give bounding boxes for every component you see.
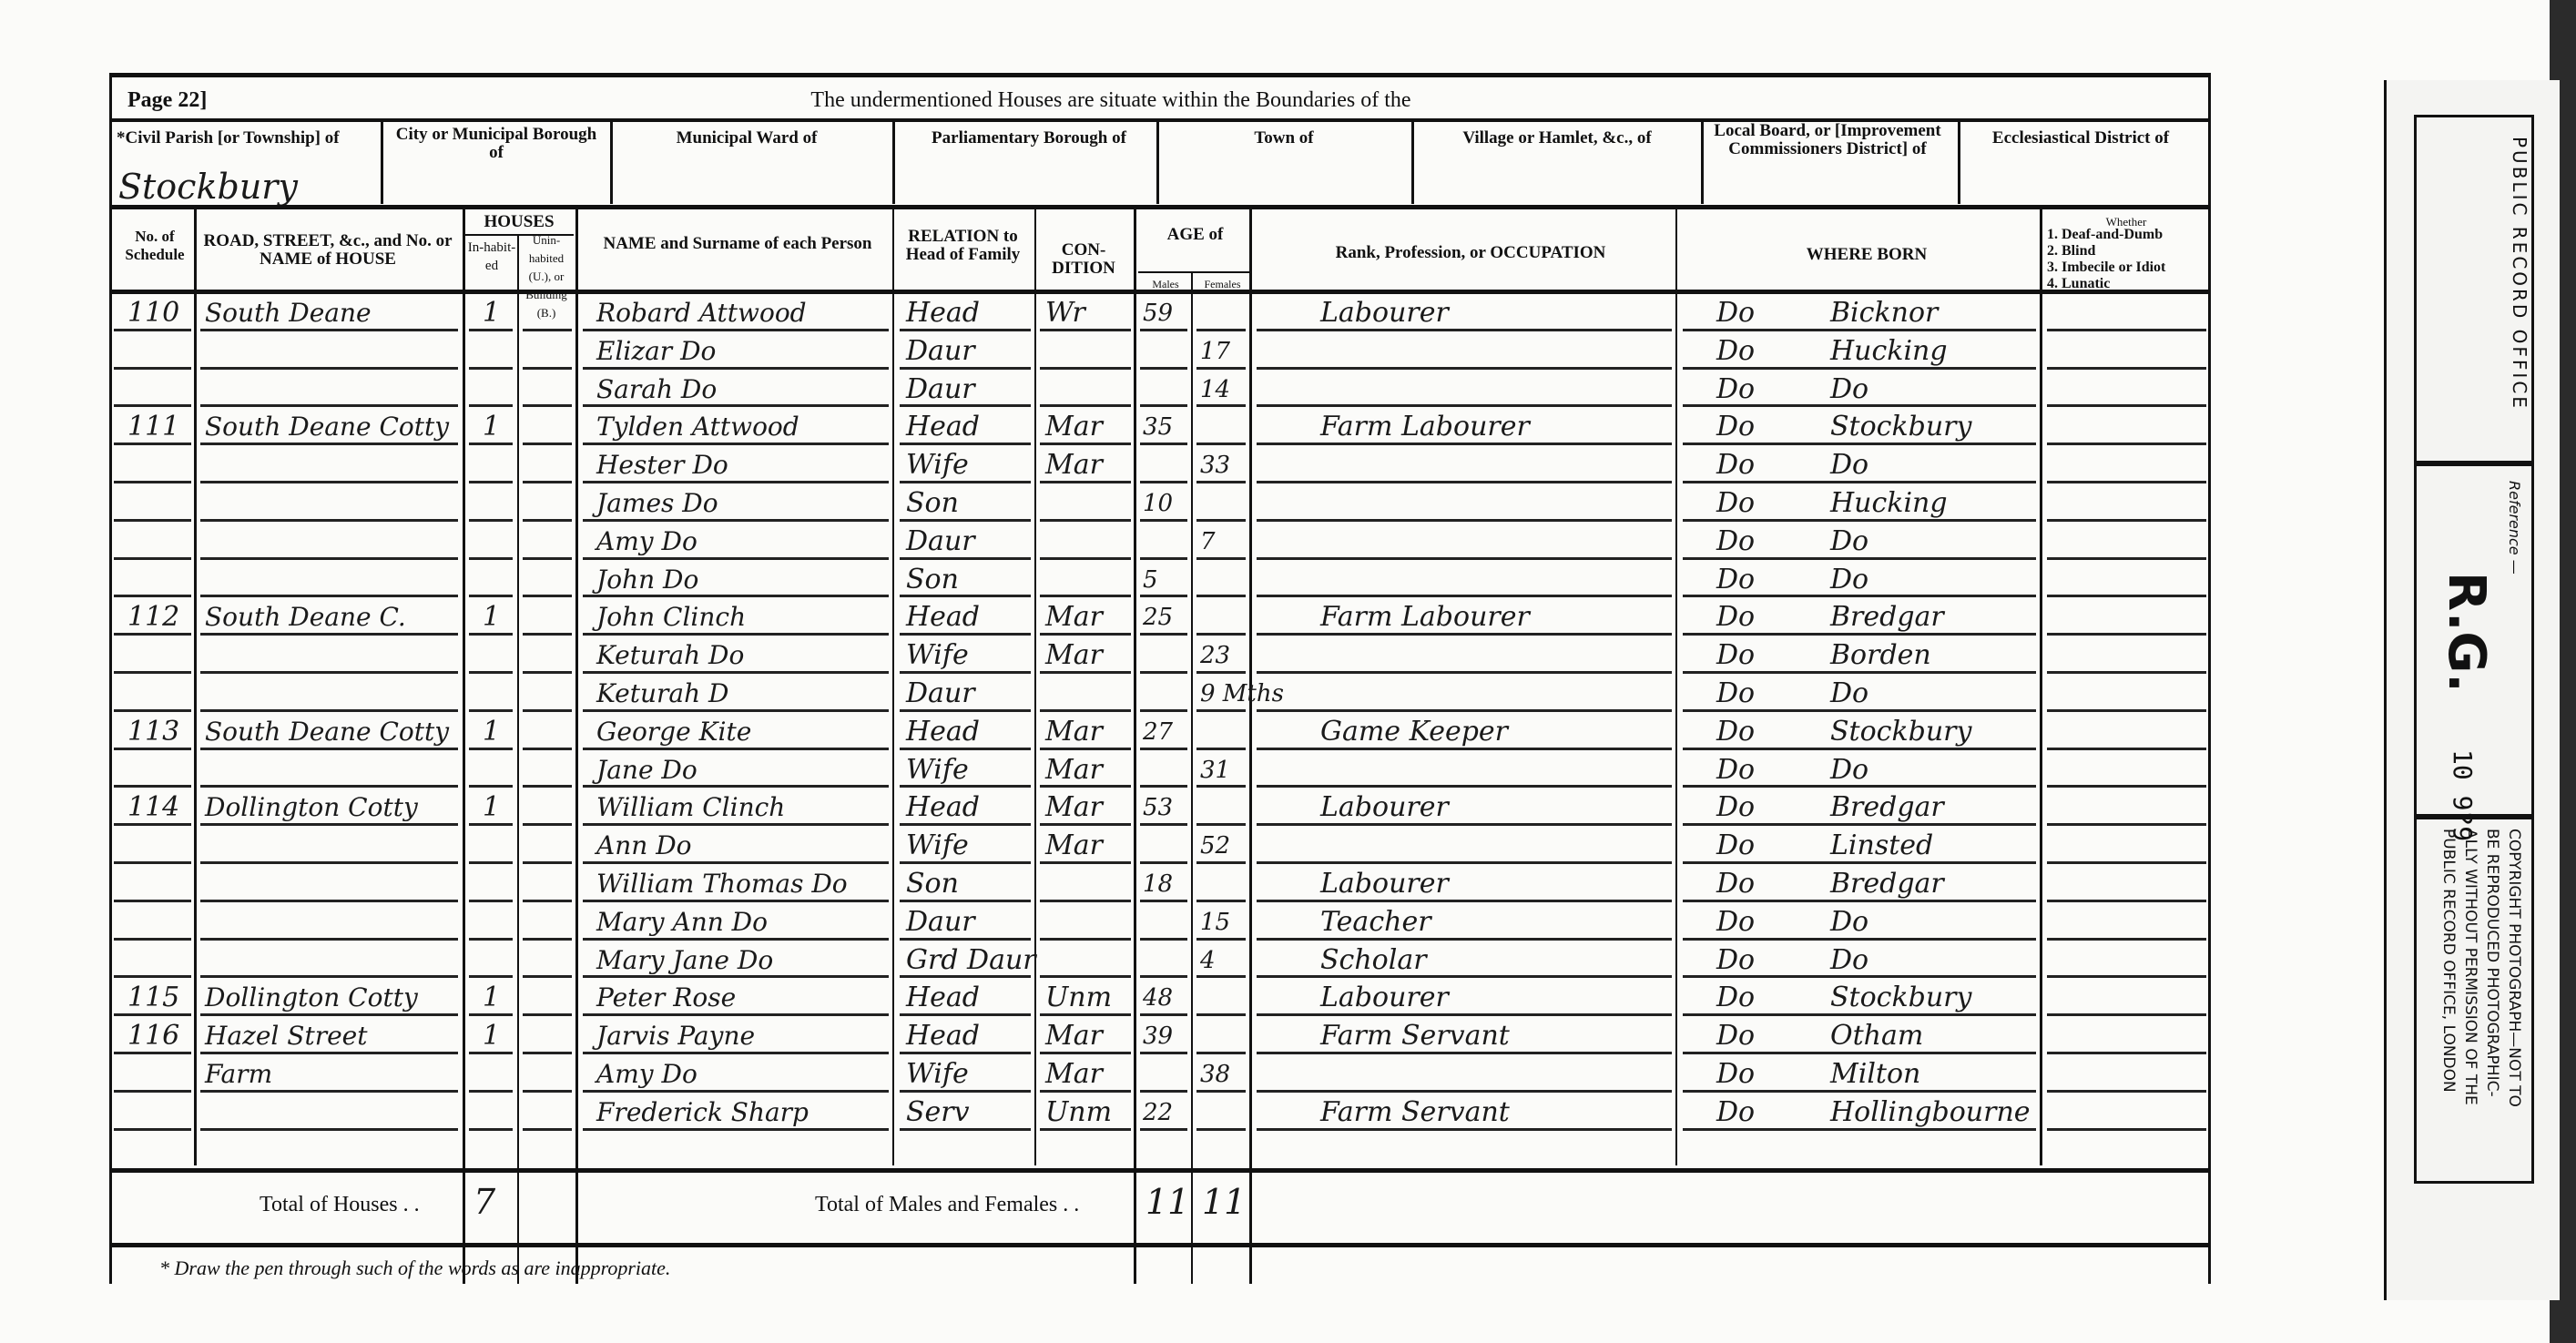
road-name: Dollington Cotty [205,794,418,821]
inhabited-count: 1 [483,300,500,327]
person-name: Amy Do [596,528,697,555]
born-county: Do [1716,338,1755,365]
col-infirmity-3: 3. Imbecile or Idiot [2047,259,2211,277]
row-rule [114,975,191,978]
person-name: Hester Do [596,452,728,479]
divider [892,122,895,204]
male-age: 25 [1143,604,1173,631]
col-condition: CON-DITION [1038,241,1129,278]
reference-label: Reference — [2506,481,2523,575]
row-rule [200,748,458,750]
row-rule [1196,975,1246,978]
born-place: Bredgar [1830,794,1944,821]
row-rule [1040,404,1131,407]
row-rule [200,367,458,370]
census-page: Page 22] The undermentioned Houses are s… [0,0,2550,1343]
copyright-line-3: ALLY WITHOUT PERMISSION OF THE [2461,829,2479,1105]
row-rule [900,1052,1031,1054]
row-rule [1040,595,1131,597]
row-rule [1140,1128,1187,1131]
inhabited-count: 1 [483,984,500,1012]
relation: Son [906,566,959,594]
divider [463,209,465,1284]
row-rule [583,861,889,864]
person-name: Keturah D [596,680,728,707]
archive-reference-strip: PUBLIC RECORD OFFICE Reference — R.G. 10… [2384,80,2560,1300]
row-rule [200,519,458,522]
row-rule [114,709,191,712]
row-rule [1196,633,1246,636]
row-rule [200,900,458,902]
divider [1156,122,1159,204]
row-rule [523,1128,572,1131]
boundary-civil-parish-value: Stockbury [118,173,298,200]
boundary-city-label: City or Municipal Borough of [392,126,601,162]
born-county: Do [1716,528,1755,555]
row-rule [114,671,191,674]
row-rule [1683,1090,2036,1093]
row-rule [1683,975,2036,978]
row-rule [114,900,191,902]
row-rule [469,861,513,864]
row-rule [2047,938,2206,941]
row-rule [1257,1013,1672,1016]
boundary-ecclesiastical-label: Ecclesiastical District of [1967,129,2194,148]
female-age: 4 [1200,947,1216,974]
female-age: 17 [1200,338,1230,365]
born-county: Do [1716,413,1755,441]
row-rule [900,1090,1031,1093]
occupation: Teacher [1320,909,1431,936]
row-rule [900,557,1031,560]
row-rule [1140,329,1187,331]
row-rule [469,404,513,407]
relation: Wife [906,832,969,860]
born-county: Do [1716,452,1755,479]
row-rule [583,443,889,445]
relation: Son [906,870,959,898]
condition: Mar [1045,604,1103,631]
divider [109,290,2208,294]
row-rule [1257,861,1672,864]
row-rule [523,785,572,788]
row-rule [523,519,572,522]
row-rule [1140,823,1187,826]
condition: Mar [1045,718,1103,746]
row-rule [114,404,191,407]
row-rule [1683,367,2036,370]
born-county: Do [1716,718,1755,746]
born-county: Do [1716,1061,1755,1088]
inhabited-count: 1 [483,604,500,631]
row-rule [1257,823,1672,826]
occupation: Labourer [1320,300,1449,327]
row-rule [1140,1052,1187,1054]
row-rule [200,1128,458,1131]
female-age: 33 [1200,452,1230,479]
row-rule [583,1052,889,1054]
boundary-local-board-label: Local Board, or [Improvement Commissione… [1705,122,1950,158]
born-place: Stockbury [1830,718,1971,746]
pro-header: PUBLIC RECORD OFFICE [2509,137,2530,411]
row-rule [583,823,889,826]
relation: Head [906,604,980,631]
inhabited-count: 1 [483,1023,500,1050]
row-rule [900,1013,1031,1016]
row-rule [900,481,1031,483]
row-rule [523,329,572,331]
row-rule [200,861,458,864]
inhabited-count: 1 [483,413,500,441]
row-rule [583,1128,889,1131]
row-rule [1683,1052,2036,1054]
born-place: Do [1830,376,1868,403]
frame-top [109,73,2208,77]
row-rule [469,481,513,483]
condition: Unm [1045,1099,1112,1126]
row-rule [200,671,458,674]
inhabited-count: 1 [483,718,500,746]
row-rule [523,481,572,483]
person-name: Ann Do [596,832,692,860]
row-rule [1140,367,1187,370]
row-rule [114,633,191,636]
row-rule [1196,1090,1246,1093]
divider [1411,122,1414,204]
copyright-line-1: COPYRIGHT PHOTOGRAPH—NOT TO [2505,829,2523,1107]
born-county: Do [1716,300,1755,327]
row-rule [1196,404,1246,407]
row-rule [1140,1013,1187,1016]
row-rule [1040,671,1131,674]
born-place: Do [1830,680,1868,707]
row-rule [1040,709,1131,712]
row-rule [900,709,1031,712]
male-age: 18 [1143,870,1173,898]
row-rule [1040,367,1131,370]
row-rule [583,557,889,560]
row-rule [114,519,191,522]
row-rule [1040,443,1131,445]
row-rule [1140,938,1187,941]
row-rule [1683,481,2036,483]
row-rule [900,861,1031,864]
relation: Head [906,794,980,821]
col-uninhabited: Unin-habited (U.), or Building (B.) [519,231,574,322]
row-rule [1196,938,1246,941]
row-rule [1257,900,1672,902]
born-place: Bicknor [1830,300,1938,327]
row-rule [523,861,572,864]
row-rule [1257,404,1672,407]
born-place: Otham [1830,1023,1923,1050]
row-rule [523,900,572,902]
row-rule [583,481,889,483]
born-county: Do [1716,642,1755,669]
row-rule [900,900,1031,902]
born-place: Do [1830,947,1868,974]
relation: Head [906,1023,980,1050]
row-rule [114,1013,191,1016]
born-county: Do [1716,757,1755,784]
condition: Mar [1045,452,1103,479]
row-rule [900,1128,1031,1131]
row-rule [1140,671,1187,674]
row-rule [900,671,1031,674]
condition: Mar [1045,832,1103,860]
row-rule [1196,595,1246,597]
row-rule [2047,519,2206,522]
row-rule [1140,785,1187,788]
divider [1701,122,1704,204]
divider [1958,122,1960,204]
row-rule [469,748,513,750]
relation: Head [906,413,980,441]
row-rule [1257,1052,1672,1054]
row-rule [469,1013,513,1016]
row-rule [1257,785,1672,788]
row-rule [2047,367,2206,370]
row-rule [1683,329,2036,331]
row-rule [1683,633,2036,636]
relation: Wife [906,1061,969,1088]
row-rule [200,1013,458,1016]
born-county: Do [1716,1023,1755,1050]
row-rule [1683,519,2036,522]
schedule-no: 112 [127,604,179,631]
person-name: Mary Jane Do [596,947,773,974]
relation: Daur [906,338,975,365]
born-county: Do [1716,984,1755,1012]
row-rule [900,785,1031,788]
row-rule [1196,443,1246,445]
row-rule [1040,1128,1131,1131]
total-persons-label: Total of Males and Females . . [815,1193,1079,1217]
divider [1138,271,1252,273]
row-rule [1040,938,1131,941]
row-rule [523,633,572,636]
row-rule [469,519,513,522]
boundary-village-label: Village or Hamlet, &c., of [1420,129,1694,148]
female-age: 31 [1200,757,1230,784]
page-label: Page 22] [127,91,207,109]
road-name: South Deane Cotty [205,413,449,441]
row-rule [1196,1128,1246,1131]
col-schedule: No. of Schedule [114,228,196,264]
male-age: 10 [1143,490,1173,517]
row-rule [1257,671,1672,674]
male-age: 27 [1143,718,1173,746]
born-place: Linsted [1830,832,1933,860]
divider [1675,209,1677,1165]
row-rule [200,633,458,636]
person-name: Frederick Sharp [596,1099,809,1126]
male-age: 48 [1143,984,1173,1012]
person-name: George Kite [596,718,751,746]
row-rule [2047,748,2206,750]
row-rule [200,938,458,941]
row-rule [200,481,458,483]
row-rule [1040,481,1131,483]
row-rule [469,367,513,370]
born-place: Do [1830,757,1868,784]
row-rule [1683,709,2036,712]
condition: Mar [1045,757,1103,784]
row-rule [1257,367,1672,370]
female-age: 15 [1200,909,1230,936]
born-place: Do [1830,528,1868,555]
person-name: Tylden Attwood [596,413,799,441]
row-rule [114,557,191,560]
born-county: Do [1716,870,1755,898]
row-rule [2047,481,2206,483]
row-rule [523,823,572,826]
row-rule [200,975,458,978]
boundary-parliamentary-label: Parliamentary Borough of [901,129,1156,148]
row-rule [200,329,458,331]
row-rule [1683,785,2036,788]
condition: Mar [1045,1023,1103,1050]
row-rule [200,443,458,445]
row-rule [583,709,889,712]
relation: Daur [906,376,975,403]
row-rule [1196,481,1246,483]
row-rule [114,1128,191,1131]
person-name: Elizar Do [596,338,716,365]
row-rule [469,633,513,636]
person-name: Keturah Do [596,642,744,669]
series-code: R.G. [2437,572,2496,693]
row-rule [1257,1128,1672,1131]
row-rule [1257,975,1672,978]
relation: Son [906,490,959,517]
born-place: Bredgar [1830,870,1944,898]
footnote: * Draw the pen through such of the words… [159,1257,670,1280]
total-males-value: 11 [1145,1188,1189,1216]
row-rule [2047,443,2206,445]
row-rule [114,367,191,370]
row-rule [469,785,513,788]
female-age: 14 [1200,376,1230,403]
row-rule [900,367,1031,370]
inhabited-count: 1 [483,794,500,821]
row-rule [1040,861,1131,864]
row-rule [583,975,889,978]
row-rule [1140,1090,1187,1093]
schedule-no: 111 [127,413,179,441]
row-rule [200,1090,458,1093]
female-age: 9 Mths [1200,680,1284,707]
row-rule [469,900,513,902]
row-rule [583,367,889,370]
female-age: 52 [1200,832,1230,860]
road-name: South Deane Cotty [205,718,449,746]
row-rule [114,443,191,445]
divider [109,205,2208,209]
row-rule [1257,709,1672,712]
row-rule [1040,823,1131,826]
row-rule [114,595,191,597]
born-county: Do [1716,1099,1755,1126]
row-rule [114,823,191,826]
condition: Wr [1045,300,1085,327]
row-rule [583,633,889,636]
condition: Unm [1045,984,1112,1012]
row-rule [469,1128,513,1131]
row-rule [523,1090,572,1093]
row-rule [583,785,889,788]
relation: Wife [906,642,969,669]
born-county: Do [1716,490,1755,517]
road-name: Farm [205,1061,272,1088]
boundary-town-label: Town of [1166,129,1402,148]
row-rule [1196,861,1246,864]
row-rule [1140,404,1187,407]
born-county: Do [1716,604,1755,631]
row-rule [1196,748,1246,750]
condition: Mar [1045,794,1103,821]
col-houses: HOUSES [464,213,574,231]
divider [1134,209,1136,1284]
row-rule [114,785,191,788]
row-rule [2047,329,2206,331]
born-place: Hucking [1830,490,1948,517]
born-county: Do [1716,947,1755,974]
divider [610,122,613,204]
row-rule [1683,557,2036,560]
born-place: Hollingbourne [1830,1099,2031,1126]
row-rule [2047,671,2206,674]
row-rule [1257,519,1672,522]
row-rule [583,748,889,750]
row-rule [1683,823,2036,826]
male-age: 22 [1143,1099,1173,1126]
divider [109,1168,2208,1173]
row-rule [469,443,513,445]
row-rule [1140,519,1187,522]
row-rule [900,595,1031,597]
row-rule [523,557,572,560]
row-rule [200,557,458,560]
row-rule [1140,861,1187,864]
row-rule [583,671,889,674]
person-name: John Clinch [596,604,746,631]
row-rule [523,709,572,712]
page-title: The undermentioned Houses are situate wi… [656,91,1566,109]
row-rule [900,938,1031,941]
col-relation: RELATION to Head of Family [897,228,1029,264]
row-rule [1140,595,1187,597]
row-rule [1196,367,1246,370]
row-rule [1040,329,1131,331]
person-name: Jarvis Payne [596,1023,755,1050]
row-rule [2047,823,2206,826]
row-rule [1040,785,1131,788]
col-occupation: Rank, Profession, or OCCUPATION [1257,244,1685,262]
row-rule [469,938,513,941]
occupation: Farm Servant [1320,1099,1510,1126]
male-age: 53 [1143,794,1173,821]
row-rule [1140,481,1187,483]
born-county: Do [1716,832,1755,860]
road-name: South Deane C. [205,604,406,631]
divider [109,1243,2208,1247]
row-rule [2047,595,2206,597]
row-rule [469,975,513,978]
born-place: Hucking [1830,338,1948,365]
row-rule [469,709,513,712]
row-rule [583,519,889,522]
